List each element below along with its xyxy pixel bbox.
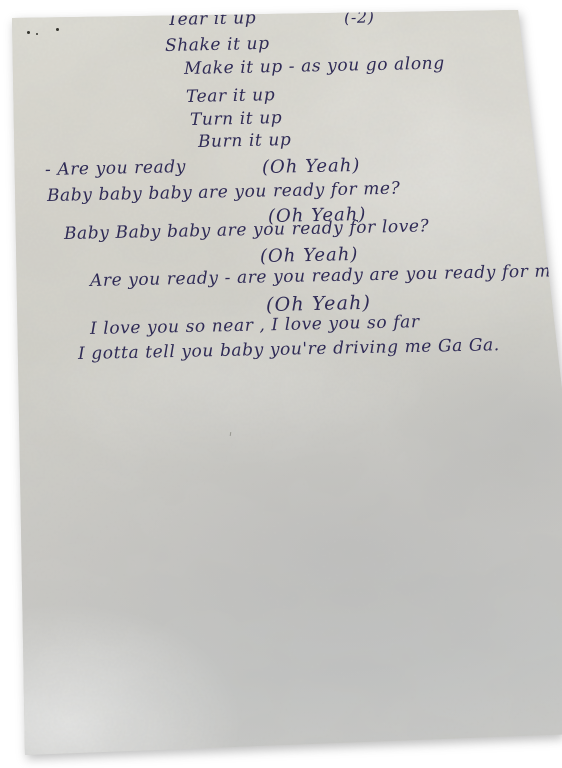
lyric-line-make-it-up: Make it up - as you go along bbox=[184, 56, 445, 78]
lyric-line-burn-it-up: Burn it up bbox=[198, 132, 292, 151]
lyric-line-tear-it-up: Tear it up bbox=[167, 10, 257, 29]
backing-vocal-oh-yeah-3: (Oh Yeah) bbox=[260, 246, 359, 266]
lyric-line-ready-for-love: Baby Baby baby are you ready for love? bbox=[64, 218, 430, 243]
lyric-line-are-you-ready-refrain: Are you ready - are you ready are you re… bbox=[90, 263, 562, 290]
lyrics-block: Tear it up (-2) Shake it up Make it up -… bbox=[0, 0, 562, 768]
paper-sheet: Tear it up (-2) Shake it up Make it up -… bbox=[0, 0, 562, 768]
lyric-line-driving-me-gaga: I gotta tell you baby you're driving me … bbox=[78, 337, 500, 363]
backing-vocal-oh-yeah-4: (Oh Yeah) bbox=[266, 294, 372, 315]
backing-vocal-oh-yeah-1: (Oh Yeah) bbox=[262, 157, 361, 177]
lyric-line-are-you-ready: - Are you ready bbox=[45, 159, 186, 179]
lyric-line-tear-it-up-2: Tear it up bbox=[186, 87, 276, 106]
repeat-annotation: (-2) bbox=[344, 9, 375, 26]
lyric-line-near-far: I love you so near , I love you so far bbox=[90, 314, 420, 338]
lyric-line-shake-it-up: Shake it up bbox=[165, 36, 270, 55]
paper-shadow: Tear it up (-2) Shake it up Make it up -… bbox=[0, 0, 562, 768]
lyric-line-ready-for-me: Baby baby baby are you ready for me? bbox=[47, 181, 401, 205]
lyric-line-turn-it-up: Turn it up bbox=[190, 110, 283, 129]
photo-background: Tear it up (-2) Shake it up Make it up -… bbox=[0, 0, 562, 768]
